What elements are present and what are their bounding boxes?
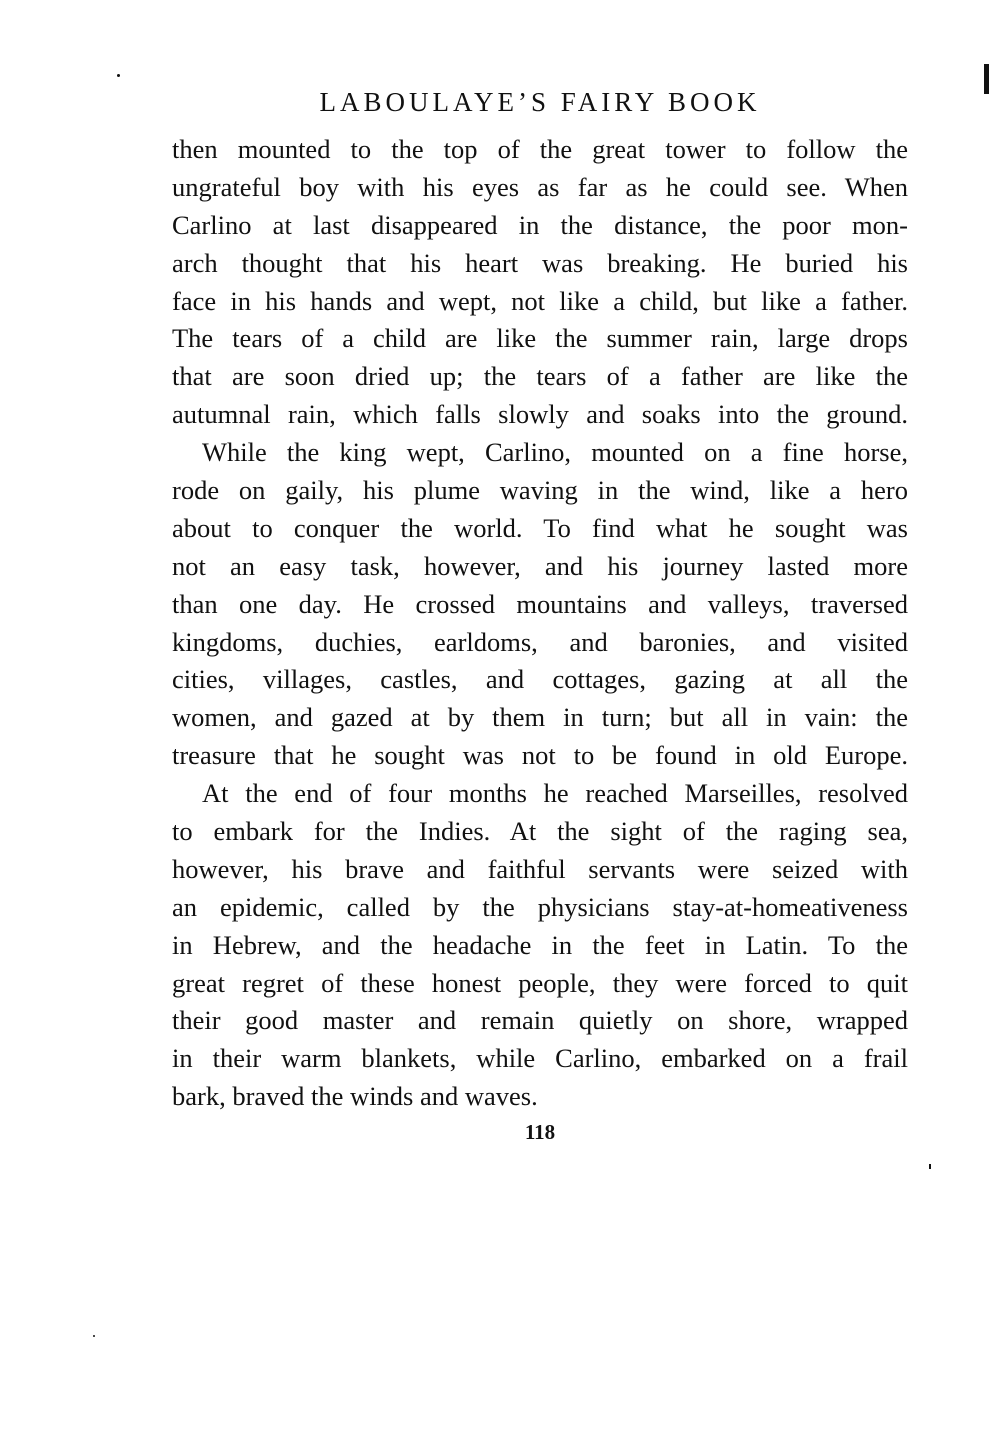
text-line: then mounted to the top of the great tow… — [172, 131, 908, 169]
paragraph-2: While the king wept, Carlino, mounted on… — [172, 434, 908, 775]
scan-artifact — [117, 74, 120, 77]
text-line: women, and gazed at by them in turn; but… — [172, 699, 908, 737]
text-line: to embark for the Indies. At the sight o… — [172, 813, 908, 851]
text-line: great regret of these honest people, the… — [172, 965, 908, 1003]
scan-artifact — [984, 64, 989, 94]
text-line: rode on gaily, his plume waving in the w… — [172, 472, 908, 510]
text-line: that are soon dried up; the tears of a f… — [172, 358, 908, 396]
text-line: At the end of four months he reached Mar… — [172, 775, 908, 813]
text-line: Carlino at last disappeared in the dista… — [172, 207, 908, 245]
body-text: then mounted to the top of the great tow… — [172, 131, 908, 1116]
text-line: arch thought that his heart was breaking… — [172, 245, 908, 283]
text-line: ungrateful boy with his eyes as far as h… — [172, 169, 908, 207]
text-line: autumnal rain, which falls slowly and so… — [172, 396, 908, 434]
text-line: in Hebrew, and the headache in the feet … — [172, 927, 908, 965]
text-line: face in his hands and wept, not like a c… — [172, 283, 908, 321]
text-line: The tears of a child are like the summer… — [172, 320, 908, 358]
text-line: an epidemic, called by the physicians st… — [172, 889, 908, 927]
scan-artifact — [929, 1164, 931, 1169]
text-line: in their warm blankets, while Carlino, e… — [172, 1040, 908, 1078]
page-number: 118 — [172, 1118, 908, 1146]
text-line: however, his brave and faithful servants… — [172, 851, 908, 889]
text-line: not an easy task, however, and his journ… — [172, 548, 908, 586]
book-page: LABOULAYE’S FAIRY BOOK then mounted to t… — [0, 0, 992, 1429]
running-head: LABOULAYE’S FAIRY BOOK — [172, 84, 908, 120]
text-line: their good master and remain quietly on … — [172, 1002, 908, 1040]
text-line: about to conquer the world. To find what… — [172, 510, 908, 548]
text-line: While the king wept, Carlino, mounted on… — [172, 434, 908, 472]
text-line: than one day. He crossed mountains and v… — [172, 586, 908, 624]
scan-artifact — [93, 1335, 95, 1337]
text-line: bark, braved the winds and waves. — [172, 1078, 908, 1116]
paragraph-1: then mounted to the top of the great tow… — [172, 131, 908, 434]
text-line: treasure that he sought was not to be fo… — [172, 737, 908, 775]
text-line: kingdoms, duchies, earldoms, and baronie… — [172, 624, 908, 662]
paragraph-3: At the end of four months he reached Mar… — [172, 775, 908, 1116]
text-line: cities, villages, castles, and cottages,… — [172, 661, 908, 699]
